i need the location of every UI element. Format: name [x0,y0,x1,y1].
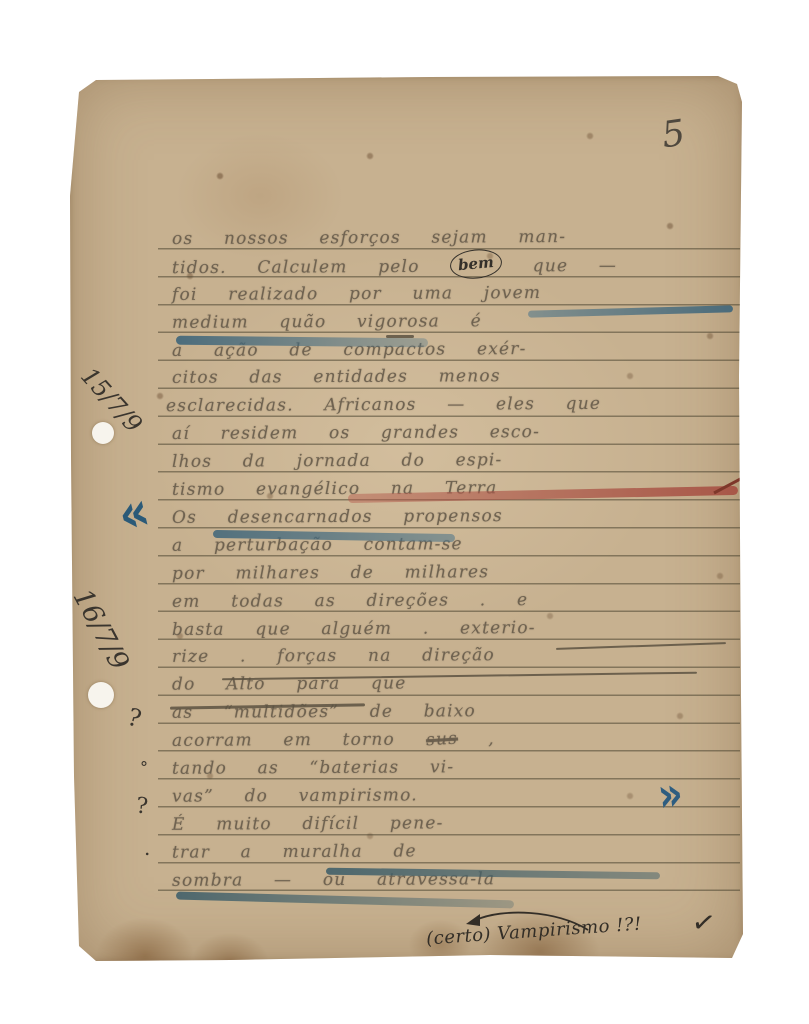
manuscript-line: por milhares de milhares [172,559,489,587]
red-arrow-icon [712,466,758,496]
manuscript-line: as “multidões” de baixo [172,698,476,726]
strikethrough-word: sus [425,726,458,754]
manuscript-line: rize . forças na direção [172,642,495,670]
blue-gray-underline [176,892,514,909]
circled-word: bem [449,247,503,281]
manuscript-line: Os desencarnados propensos [172,503,503,531]
manuscript-line: trar a muralha de [172,838,417,865]
pencil-dash [386,335,414,338]
manuscript-line: do Alto para que [172,670,407,697]
manuscript-line: citos das entidades menos [172,363,501,391]
margin-question-mark: ? [124,703,144,733]
manuscript-page: 5 os nossos esforços sejam man- tidos. C… [70,76,743,961]
manuscript-line: É muito difícil pene- [172,810,444,837]
punch-hole [88,682,114,708]
margin-question-mark: ? [135,793,149,819]
open-quote-mark: « [111,478,155,547]
scan-background: 5 os nossos esforços sejam man- tidos. C… [0,0,809,1024]
margin-degree-mark: ° [140,758,148,777]
manuscript-line: vas” do vampirismo. [172,782,418,809]
page-number: 5 [659,113,687,157]
manuscript-line: lhos da jornada do espi- [172,447,503,475]
margin-date-16-7-9: 16/7/9 [67,584,135,675]
line-text: , [488,729,495,749]
manuscript-line: os nossos esforços sejam man- [172,224,566,252]
check-mark: ✓ [689,904,718,941]
line-text: tidos. Calculem pelo [172,257,420,278]
line-text: que — [533,256,617,276]
manuscript-line: medium quão vigorosa é [172,308,482,336]
manuscript-line: tidos. Calculem pelo bem que — [172,252,617,280]
manuscript-line: esclarecidas. Africanos — eles que [166,391,601,419]
manuscript-line: em todas as direções . e [172,587,528,615]
line-text: acorram em torno [172,730,395,751]
margin-period-mark: . [144,836,150,860]
punch-hole [92,422,114,444]
manuscript-line: foi realizado por uma jovem [172,280,541,308]
manuscript-line: tando as “baterias vi- [172,754,454,781]
manuscript-line: aí residem os grandes esco- [172,419,540,447]
manuscript-line: basta que alguém . exterio- [172,615,536,643]
footer-arrow-icon [462,908,592,934]
manuscript-line: acorram em torno sus , [172,726,495,754]
